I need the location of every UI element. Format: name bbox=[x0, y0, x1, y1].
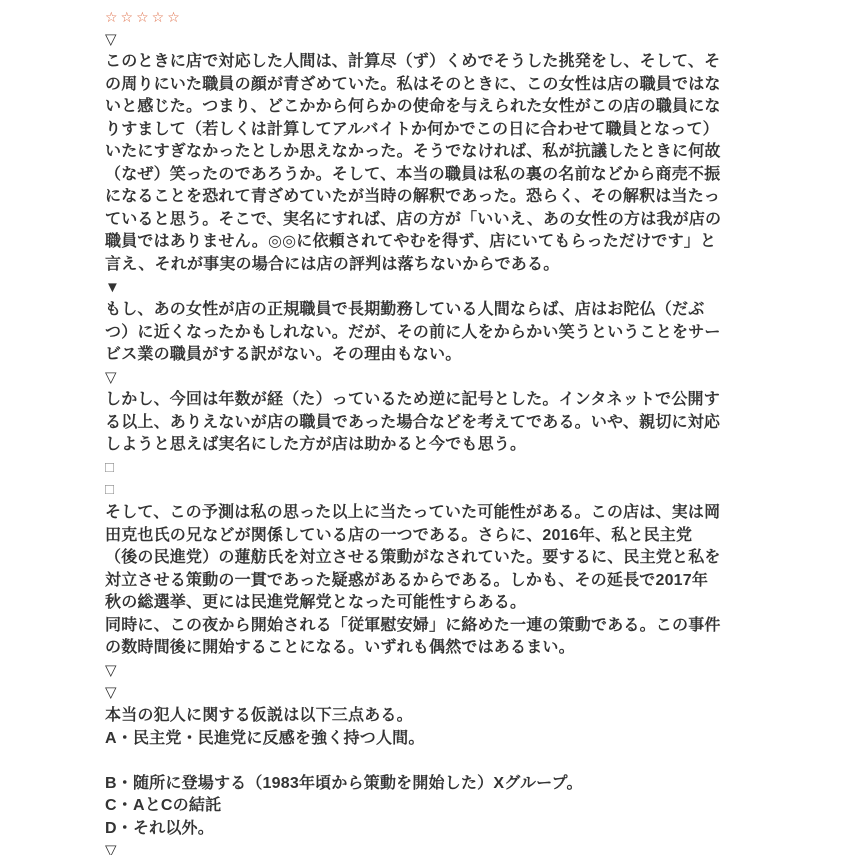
paragraph-line: の周りにいた職員の顔が青ざめていた。私はそのときに、この女性は店の職員ではな bbox=[105, 74, 765, 97]
paragraph-line: の数時間後に開始することになる。いずれも偶然ではあるまい。 bbox=[105, 637, 765, 660]
paragraph-line: 本当の犯人に関する仮説は以下三点ある。 bbox=[105, 705, 765, 728]
paragraph-line: りすまして（若しくは計算してアルバイトか何かでこの日に合わせて職員となって） bbox=[105, 119, 765, 142]
paragraph-line: ていると思う。そこで、実名にすれば、店の方が「いいえ、あの女性の方は我が店の bbox=[105, 209, 765, 232]
paragraph-line: B・随所に登場する（1983年頃から策動を開始した）Xグループ。 bbox=[105, 773, 765, 796]
blog-page: ☆☆☆☆☆▽このときに店で対応した人間は、計算尽（ず）くめでそうした挑発をし、そ… bbox=[0, 0, 862, 855]
section-marker-icon: ▽ bbox=[105, 367, 765, 390]
paragraph-line: 秋の総選挙、更には民進党解党となった可能性すらある。 bbox=[105, 592, 765, 615]
paragraph-line: C・AとCの結託 bbox=[105, 795, 765, 818]
section-marker-icon: ▽ bbox=[105, 29, 765, 52]
paragraph-line: D・それ以外。 bbox=[105, 818, 765, 841]
section-marker-icon: ▽ bbox=[105, 660, 765, 683]
section-marker-square-icon: □ bbox=[105, 479, 765, 502]
paragraph-line: しかし、今回は年数が経（た）っているため逆に記号とした。インタネットで公開す bbox=[105, 389, 765, 412]
blog-post-body: ☆☆☆☆☆▽このときに店で対応した人間は、計算尽（ず）くめでそうした挑発をし、そ… bbox=[105, 6, 765, 855]
rating-stars: ☆☆☆☆☆ bbox=[105, 6, 765, 29]
paragraph-line: る以上、ありえないが店の職員であった場合などを考えてである。いや、親切に対応 bbox=[105, 412, 765, 435]
section-marker-square-icon: □ bbox=[105, 457, 765, 480]
paragraph-line: 対立させる策動の一貫であった疑惑があるからである。しかも、その延長で2017年 bbox=[105, 570, 765, 593]
paragraph-line: いと感じた。つまり、どこかから何らかの使命を与えられた女性がこの店の職員にな bbox=[105, 96, 765, 119]
paragraph-line: 言え、それが事実の場合には店の評判は落ちないからである。 bbox=[105, 254, 765, 277]
paragraph-line: つ）に近くなったかもしれない。だが、その前に人をからかい笑うということをサー bbox=[105, 322, 765, 345]
section-marker-icon: ▽ bbox=[105, 682, 765, 705]
paragraph-line: もし、あの女性が店の正規職員で長期勤務している人間ならば、店はお陀仏（だぶ bbox=[105, 299, 765, 322]
section-marker-icon: ▽ bbox=[105, 840, 765, 855]
paragraph-line: ビス業の職員がする訳がない。その理由もない。 bbox=[105, 344, 765, 367]
section-marker-icon: ▼ bbox=[105, 277, 765, 300]
paragraph-line: A・民主党・民進党に反感を強く持つ人間。 bbox=[105, 728, 765, 751]
paragraph-line: （後の民進党）の蓮舫氏を対立させる策動がなされていた。要するに、民主党と私を bbox=[105, 547, 765, 570]
paragraph-line: このときに店で対応した人間は、計算尽（ず）くめでそうした挑発をし、そして、そ bbox=[105, 51, 765, 74]
paragraph-line: しようと思えば実名にした方が店は助かると今でも思う。 bbox=[105, 434, 765, 457]
blank-line bbox=[105, 750, 765, 773]
paragraph-line: （なぜ）笑ったのであろうか。そして、本当の職員は私の裏の名前などから商売不振 bbox=[105, 164, 765, 187]
paragraph-line: になることを恐れて青ざめていたが当時の解釈であった。恐らく、その解釈は当たっ bbox=[105, 186, 765, 209]
paragraph-line: そして、この予測は私の思った以上に当たっていた可能性がある。この店は、実は岡 bbox=[105, 502, 765, 525]
paragraph-line: いたにすぎなかったとしか思えなかった。そうでなければ、私が抗議したときに何故 bbox=[105, 141, 765, 164]
paragraph-line: 同時に、この夜から開始される「従軍慰安婦」に絡めた一連の策動である。この事件 bbox=[105, 615, 765, 638]
paragraph-line: 職員ではありません。◎◎に依頼されてやむを得ず、店にいてもらっただけです」と bbox=[105, 231, 765, 254]
paragraph-line: 田克也氏の兄などが関係している店の一つである。さらに、2016年、私と民主党 bbox=[105, 525, 765, 548]
